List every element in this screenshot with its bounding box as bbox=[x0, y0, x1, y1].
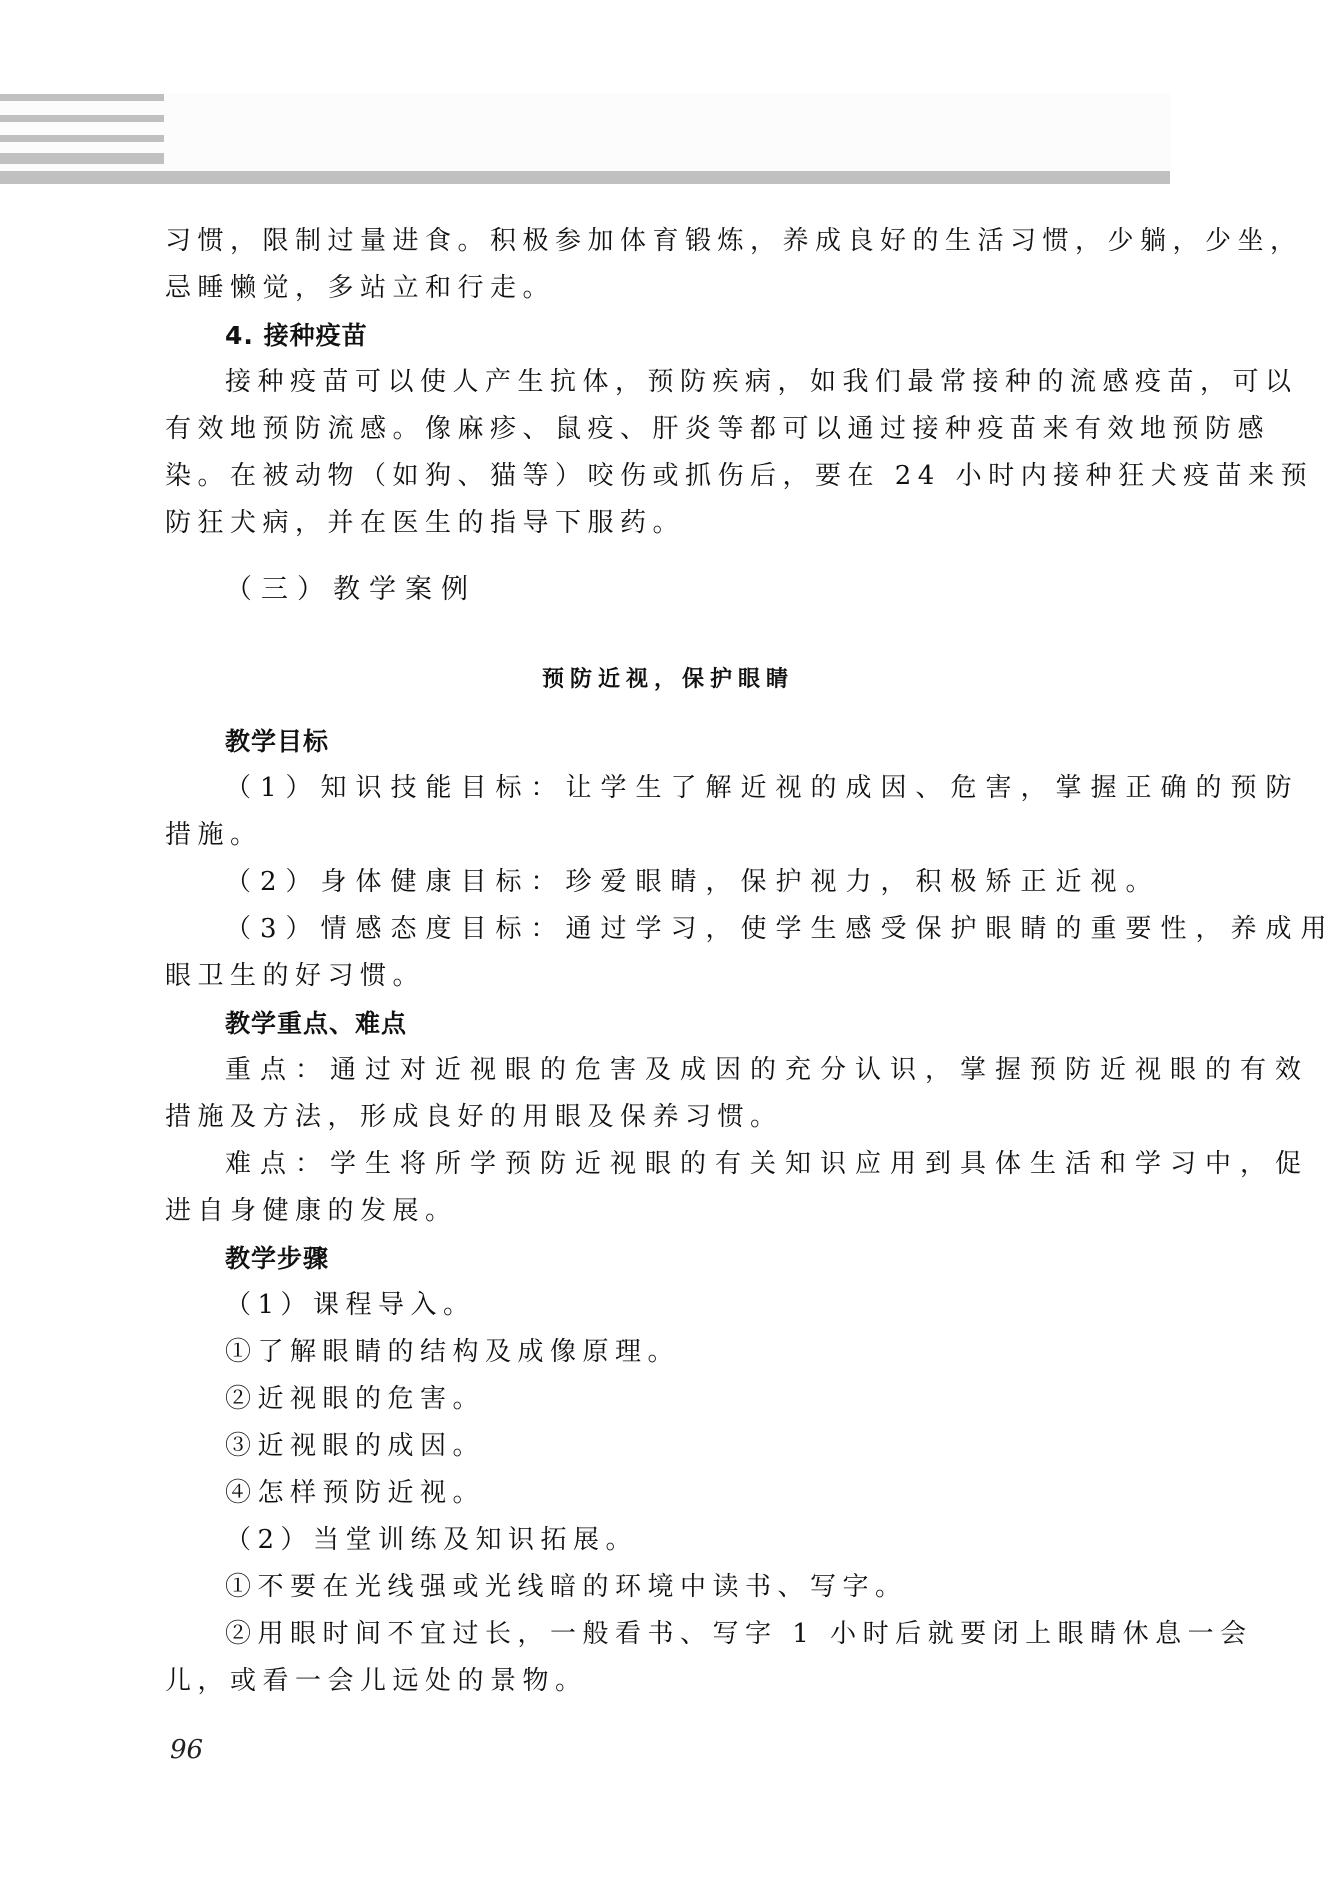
paragraph-line: 防狂犬病，并在医生的指导下服药。 bbox=[165, 500, 1171, 547]
page-body: 习惯，限制过量进食。积极参加体育锻炼，养成良好的生活习惯，少躺，少坐， 忌睡懒觉… bbox=[165, 218, 1171, 1705]
paragraph-line: 接种疫苗可以使人产生抗体，预防疾病，如我们最常接种的流感疫苗，可以 bbox=[165, 359, 1171, 406]
list-item: ③近视眼的成因。 bbox=[165, 1423, 1171, 1470]
heading-teaching-goals: 教学目标 bbox=[165, 718, 1171, 765]
header-stripe bbox=[0, 153, 164, 164]
page-number: 96 bbox=[170, 1735, 203, 1765]
list-item: ②用眼时间不宜过长，一般看书、写字 1 小时后就要闭上眼睛休息一会 bbox=[165, 1611, 1171, 1658]
list-item: ①不要在光线强或光线暗的环境中读书、写字。 bbox=[165, 1564, 1171, 1611]
paragraph-line: 进自身健康的发展。 bbox=[165, 1188, 1171, 1235]
list-item: ②近视眼的危害。 bbox=[165, 1376, 1171, 1423]
list-item: 儿，或看一会儿远处的景物。 bbox=[165, 1658, 1171, 1705]
paragraph-line: 重点：通过对近视眼的危害及成因的充分认识，掌握预防近视眼的有效 bbox=[165, 1047, 1171, 1094]
paragraph-line: 有效地预防流感。像麻疹、鼠疫、肝炎等都可以通过接种疫苗来有效地预防感 bbox=[165, 406, 1171, 453]
page-header-decoration bbox=[0, 0, 1331, 190]
header-stripe bbox=[0, 94, 164, 101]
paragraph-line: 染。在被动物（如狗、猫等）咬伤或抓伤后，要在 24 小时内接种狂犬疫苗来预 bbox=[165, 453, 1171, 500]
list-item: （1）课程导入。 bbox=[165, 1282, 1171, 1329]
list-item: （2）当堂训练及知识拓展。 bbox=[165, 1517, 1171, 1564]
paragraph-line: 难点：学生将所学预防近视眼的有关知识应用到具体生活和学习中，促 bbox=[165, 1141, 1171, 1188]
header-stripe bbox=[0, 135, 164, 142]
paragraph-line: 习惯，限制过量进食。积极参加体育锻炼，养成良好的生活习惯，少躺，少坐， bbox=[165, 218, 1171, 265]
header-stripe bbox=[0, 115, 164, 122]
paragraph-line: （3）情感态度目标：通过学习，使学生感受保护眼睛的重要性，养成用 bbox=[165, 906, 1171, 953]
paragraph-line: 眼卫生的好习惯。 bbox=[165, 953, 1171, 1000]
paragraph-line: 措施。 bbox=[165, 812, 1171, 859]
header-rule bbox=[0, 171, 1170, 184]
paragraph-line: 措施及方法，形成良好的用眼及保养习惯。 bbox=[165, 1094, 1171, 1141]
paragraph-line: 忌睡懒觉，多站立和行走。 bbox=[165, 265, 1171, 312]
section-title: （三）教学案例 bbox=[165, 555, 1171, 625]
list-item: ①了解眼睛的结构及成像原理。 bbox=[165, 1329, 1171, 1376]
paragraph-line: （2）身体健康目标：珍爱眼睛，保护视力，积极矫正近视。 bbox=[165, 859, 1171, 906]
paragraph-line: （1）知识技能目标：让学生了解近视的成因、危害，掌握正确的预防 bbox=[165, 765, 1171, 812]
header-panel bbox=[0, 93, 1170, 171]
heading-key-points: 教学重点、难点 bbox=[165, 1000, 1171, 1047]
subsection-heading-vaccine: 4. 接种疫苗 bbox=[165, 312, 1171, 359]
case-title: 预防近视，保护眼睛 bbox=[165, 651, 1171, 708]
heading-teaching-steps: 教学步骤 bbox=[165, 1235, 1171, 1282]
list-item: ④怎样预防近视。 bbox=[165, 1470, 1171, 1517]
